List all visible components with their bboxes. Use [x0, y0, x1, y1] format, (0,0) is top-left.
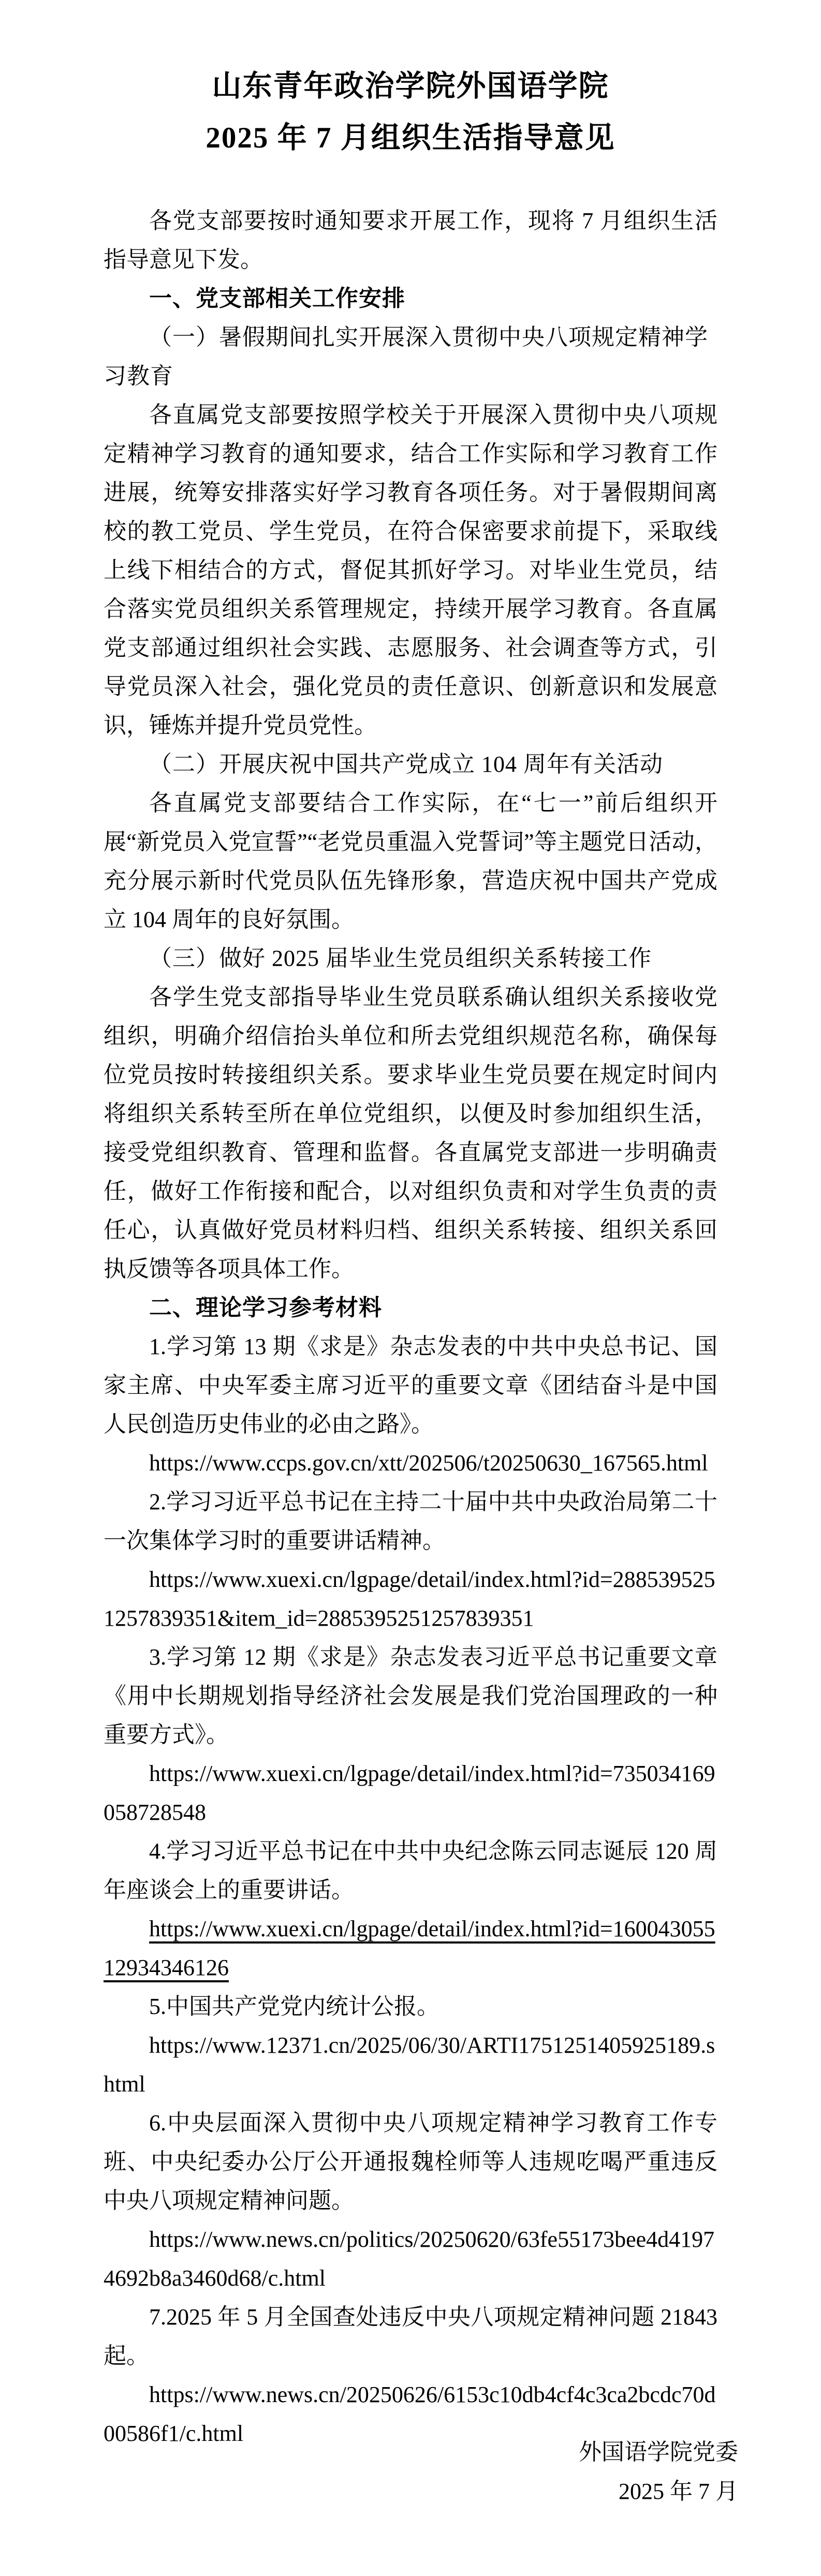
- reference-item-2: 2.学习习近平总书记在主持二十届中共中央政治局第二十一次集体学习时的重要讲话精神…: [104, 1482, 717, 1560]
- reference-item-4: 4.学习习近平总书记在中共中央纪念陈云同志诞辰 120 周年座谈会上的重要讲话。: [104, 1832, 717, 1909]
- doc-title-line-1: 山东青年政治学院外国语学院: [104, 61, 717, 112]
- signature-block: 外国语学院党委 2025 年 7 月: [579, 2433, 738, 2511]
- document-page: 山东青年政治学院外国语学院 2025 年 7 月组织生活指导意见 各党支部要按时…: [0, 0, 821, 2576]
- subsection-1-1-heading: （一）暑假期间扎实开展深入贯彻中央八项规定精神学习教育: [104, 318, 717, 395]
- reference-link-4[interactable]: https://www.xuexi.cn/lgpage/detail/index…: [104, 1909, 717, 1987]
- subsection-1-1-paragraph: 各直属党支部要按照学校关于开展深入贯彻中央八项规定精神学习教育的通知要求，结合工…: [104, 395, 717, 745]
- intro-paragraph: 各党支部要按时通知要求开展工作，现将 7 月组织生活指导意见下发。: [104, 201, 717, 279]
- reference-item-1: 1.学习第 13 期《求是》杂志发表的中共中央总书记、国家主席、中央军委主席习近…: [104, 1327, 717, 1444]
- subsection-1-3-heading: （三）做好 2025 届毕业生党员组织关系转接工作: [104, 939, 717, 978]
- subsection-1-3-paragraph: 各学生党支部指导毕业生党员联系确认组织关系接收党组织，明确介绍信抬头单位和所去党…: [104, 978, 717, 1288]
- reference-url-3: https://www.xuexi.cn/lgpage/detail/index…: [104, 1754, 717, 1832]
- reference-url-5: https://www.12371.cn/2025/06/30/ARTI1751…: [104, 2026, 717, 2103]
- section-1-heading: 一、党支部相关工作安排: [104, 279, 717, 318]
- signature-org: 外国语学院党委: [579, 2433, 738, 2472]
- reference-item-3: 3.学习第 12 期《求是》杂志发表习近平总书记重要文章《用中长期规划指导经济社…: [104, 1638, 717, 1754]
- reference-item-6: 6.中央层面深入贯彻中央八项规定精神学习教育工作专班、中央纪委办公厅公开通报魏栓…: [104, 2103, 717, 2220]
- doc-body: 各党支部要按时通知要求开展工作，现将 7 月组织生活指导意见下发。 一、党支部相…: [104, 201, 717, 2453]
- reference-url-1: https://www.ccps.gov.cn/xtt/202506/t2025…: [104, 1444, 717, 1482]
- reference-url-2: https://www.xuexi.cn/lgpage/detail/index…: [104, 1560, 717, 1638]
- reference-url-6: https://www.news.cn/politics/20250620/63…: [104, 2220, 717, 2298]
- doc-title-line-2: 2025 年 7 月组织生活指导意见: [104, 112, 717, 164]
- doc-header: 山东青年政治学院外国语学院 2025 年 7 月组织生活指导意见: [104, 61, 717, 164]
- signature-date: 2025 年 7 月: [579, 2472, 738, 2511]
- reference-item-7: 7.2025 年 5 月全国查处违反中央八项规定精神问题 21843 起。: [104, 2298, 717, 2375]
- subsection-1-2-paragraph: 各直属党支部要结合工作实际，在“七一”前后组织开展“新党员入党宣誓”“老党员重温…: [104, 784, 717, 939]
- section-2-heading: 二、理论学习参考材料: [104, 1288, 717, 1327]
- subsection-1-2-heading: （二）开展庆祝中国共产党成立 104 周年有关活动: [104, 745, 717, 784]
- reference-item-5: 5.中国共产党党内统计公报。: [104, 1987, 717, 2026]
